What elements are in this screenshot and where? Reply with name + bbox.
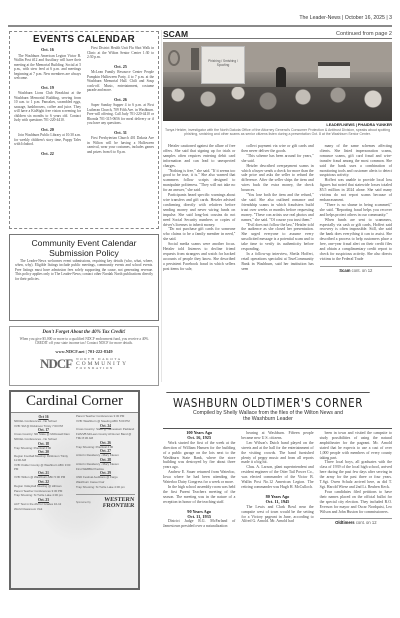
paragraph: "This scheme has been around for years,"… xyxy=(241,154,313,164)
oldtimers-column-2: hearing at Washburn. Fifteen people beca… xyxy=(241,431,313,616)
paragraph: "Evil does not follow the law," Hetzler … xyxy=(241,223,313,252)
column-divider xyxy=(161,30,162,382)
paragraph: In a follow-up interview, Sheila Hoffert… xyxy=(241,252,313,272)
events-left-column: Oct. 16 The Washburn American Legion Vic… xyxy=(14,46,81,159)
policy-title-line1: Community Event Calendar xyxy=(15,238,153,248)
events-right-column: First District Health Unit Flu Shot Walk… xyxy=(87,46,154,159)
sponsor-name-line2: FRONTIER xyxy=(103,503,135,509)
continued-from: Continued from page 2 xyxy=(336,31,392,37)
sponsor-label: Sponsored by xyxy=(76,501,91,505)
paragraph: Three local boys, all graduates with the… xyxy=(320,460,392,489)
projector-screen: Phishing / Smishing / Spoofing xyxy=(201,46,245,84)
schedule-item: World Classroom Visit xyxy=(14,508,73,512)
event-date: Oct. 31 xyxy=(87,131,154,136)
events-calendar-title: EVENTS CALENDAR xyxy=(14,34,154,45)
paragraph: "Nothing is free," she said. "If it seem… xyxy=(163,169,235,194)
article-column-1: Hetzler cautioned against the allure of … xyxy=(163,144,235,380)
paragraph: Hetzler described overpayment scams in w… xyxy=(241,164,313,193)
schedule-item: FHS/VB McLean County All Honor Band @ TM… xyxy=(76,433,135,441)
event-text: First District Health Unit Flu Shot Walk… xyxy=(87,46,154,60)
paragraph: hearing at Washburn. Fifteen people beca… xyxy=(241,431,313,441)
paragraph: "Do not purchase gift cards for someone … xyxy=(163,227,235,242)
paragraph: The Lewis and Clark Bowl near the campsi… xyxy=(241,505,313,525)
paragraph: Work started the first of the week at th… xyxy=(163,441,235,470)
photo-credit: LEADER-NEWS | PHAIDRA YUNKER xyxy=(163,123,392,127)
cardinal-corner-title: Cardinal Corner xyxy=(11,392,138,413)
paragraph: many of the same schemes affecting clien… xyxy=(320,144,392,178)
oldtimers-title: WASHBURN OLDTIMER'S CORNER xyxy=(166,392,369,410)
event-date: Oct. 16 xyxy=(14,48,81,53)
paragraph: been in town and visited the campsite to… xyxy=(320,431,392,460)
ad-contact-link[interactable]: www.NDCF.net | 701-222-8349 xyxy=(14,349,154,354)
page-folio: The Leader-News | October 16, 2025 | 3 xyxy=(230,15,392,21)
event-text: The Washburn American Legion Victor B. W… xyxy=(14,54,81,81)
logo-line-3: FOUNDATION xyxy=(76,366,114,370)
policy-title-line2: Submission Policy xyxy=(15,248,153,258)
submission-policy-box: Community Event Calendar Submission Poli… xyxy=(9,234,159,321)
oldtimers-body: 100 Years Ago Oct. 16, 1925 Work started… xyxy=(163,431,392,616)
schedule-item: Region Volleyball Meeting @ Hillman xyxy=(14,485,73,489)
presentation-photo: Phishing / Smishing / Spoofing xyxy=(163,42,392,121)
sponsor-block: Sponsored by WESTERNFRONTIER xyxy=(76,494,135,509)
event-date: Oct. 19 xyxy=(14,86,81,91)
schedule-item: Artist In Residency - Mary Kleven xyxy=(76,463,135,467)
jump-page: cont. on 12 xyxy=(352,268,373,273)
event-text: First Presbyterian Church 401 Dakota Ave… xyxy=(87,136,154,154)
event-date: Oct. 26 xyxy=(87,98,154,103)
event-date: Oct. 22 xyxy=(14,152,81,157)
screen-text: Phishing / Smishing / Spoofing xyxy=(202,59,244,67)
events-calendar: EVENTS CALENDAR Oct. 16 The Washburn Ame… xyxy=(9,31,159,229)
event-date: Oct. 25 xyxy=(87,65,154,70)
paragraph: Leo Wilson's Dutch band played on the st… xyxy=(241,441,313,466)
event-date: Oct. 20 xyxy=(14,128,81,133)
paragraph: collect payment via wire or gift cards a… xyxy=(241,144,313,154)
jump-label: Oldtimers xyxy=(335,520,355,525)
scam-article-body: Hetzler cautioned against the allure of … xyxy=(163,144,392,380)
oldtimers-jump-link[interactable]: Oldtimers cont. on 12 xyxy=(320,518,392,526)
header-rule xyxy=(8,25,392,27)
paragraph: District Judge R.G. McFarland of Jamesto… xyxy=(163,519,235,529)
ad-headline: Don't Forget About the 40% Tax Credit! xyxy=(14,330,154,335)
event-text: Washburn Lions Club Breakfast at the Was… xyxy=(14,91,81,123)
article-column-2: collect payment via wire or gift cards a… xyxy=(241,144,313,380)
oldtimers-column-3: been in town and visited the campsite to… xyxy=(320,431,392,616)
oldtimers-column-1: 100 Years Ago Oct. 16, 1925 Work started… xyxy=(163,431,235,616)
article-kicker: SCAM xyxy=(163,29,188,39)
ndcf-logo: NDCF NORTH DAKOTA COMMUNITY FOUNDATION xyxy=(14,356,154,372)
schedule-item: VVB: Kidder County @ Washburn ABC 3:00 P… xyxy=(14,464,73,472)
scam-jump-link[interactable]: Scam cont. on 12 xyxy=(320,266,392,274)
oldtimers-header: WASHBURN OLDTIMER'S CORNER Compiled by S… xyxy=(144,392,392,422)
scam-article-header: SCAM Continued from page 2 xyxy=(163,30,392,39)
western-frontier-logo: WESTERNFRONTIER xyxy=(103,497,136,509)
event-text: McLean Family Resource Center People Pum… xyxy=(87,70,154,93)
paragraph: Social media scams were another focus. H… xyxy=(163,242,235,271)
cardinal-right-column: Parent Teacher Conferences 3:30 PM VVB: … xyxy=(76,415,135,513)
sponsor-name-line1: WESTERN xyxy=(104,497,135,503)
paragraph: "There is no shame in being scammed," sh… xyxy=(320,203,392,218)
cardinal-left-column: Oct 16 NDCEL Conferences - No School VVB… xyxy=(14,415,73,513)
paragraph: In the high school assembly room was hel… xyxy=(163,485,235,505)
paragraph: "You lose both the item and the refund,"… xyxy=(241,193,313,222)
photo-caption: Tonya Hetzler, investigator with the Nor… xyxy=(163,128,392,136)
jump-label: Scam xyxy=(339,268,350,273)
ndcf-logo-mark: NDCF xyxy=(40,356,72,372)
ndcf-advertisement[interactable]: Don't Forget About the 40% Tax Credit! W… xyxy=(9,326,159,386)
schedule-item: Region Football Meeting: Dickinson Trini… xyxy=(14,455,73,463)
paragraph: Hoffert was unable to provide local loss… xyxy=(320,178,392,203)
oldtimers-rule xyxy=(163,428,392,429)
policy-text: The Leader-News welcomes event submissio… xyxy=(15,259,153,281)
cardinal-corner: Cardinal Corner Oct 16 NDCEL Conferences… xyxy=(9,390,140,590)
paragraph: Hetzler cautioned against the allure of … xyxy=(163,144,235,169)
event-text: Super Sunday Supper 4 to 6 p.m. at First… xyxy=(87,103,154,126)
paragraph: When funds are sent to scammers, especia… xyxy=(320,218,392,262)
paragraph: Participants heard specific warnings abo… xyxy=(163,193,235,227)
article-column-3: many of the same schemes affecting clien… xyxy=(320,144,392,380)
ndcf-wordmark: NORTH DAKOTA COMMUNITY FOUNDATION xyxy=(76,357,128,370)
event-text: Join Washburn Public Library at 10:30 a.… xyxy=(14,133,81,147)
paragraph: Andrew E. Sauer returned from Waterloo, … xyxy=(163,470,235,485)
oldtimers-subtitle-2: the Washburn Leader xyxy=(144,416,392,422)
ad-body: When you give $5,000 or more to a qualif… xyxy=(14,337,154,346)
schedule-item: Trap Shooting: St Turtle Lake 4:00 pm xyxy=(76,486,135,490)
paragraph: Four candidates filed petitions to have … xyxy=(320,490,392,515)
paragraph: Chas. A. Larson, plant superintendent an… xyxy=(241,465,313,490)
jump-page: cont. on 12 xyxy=(356,520,377,525)
